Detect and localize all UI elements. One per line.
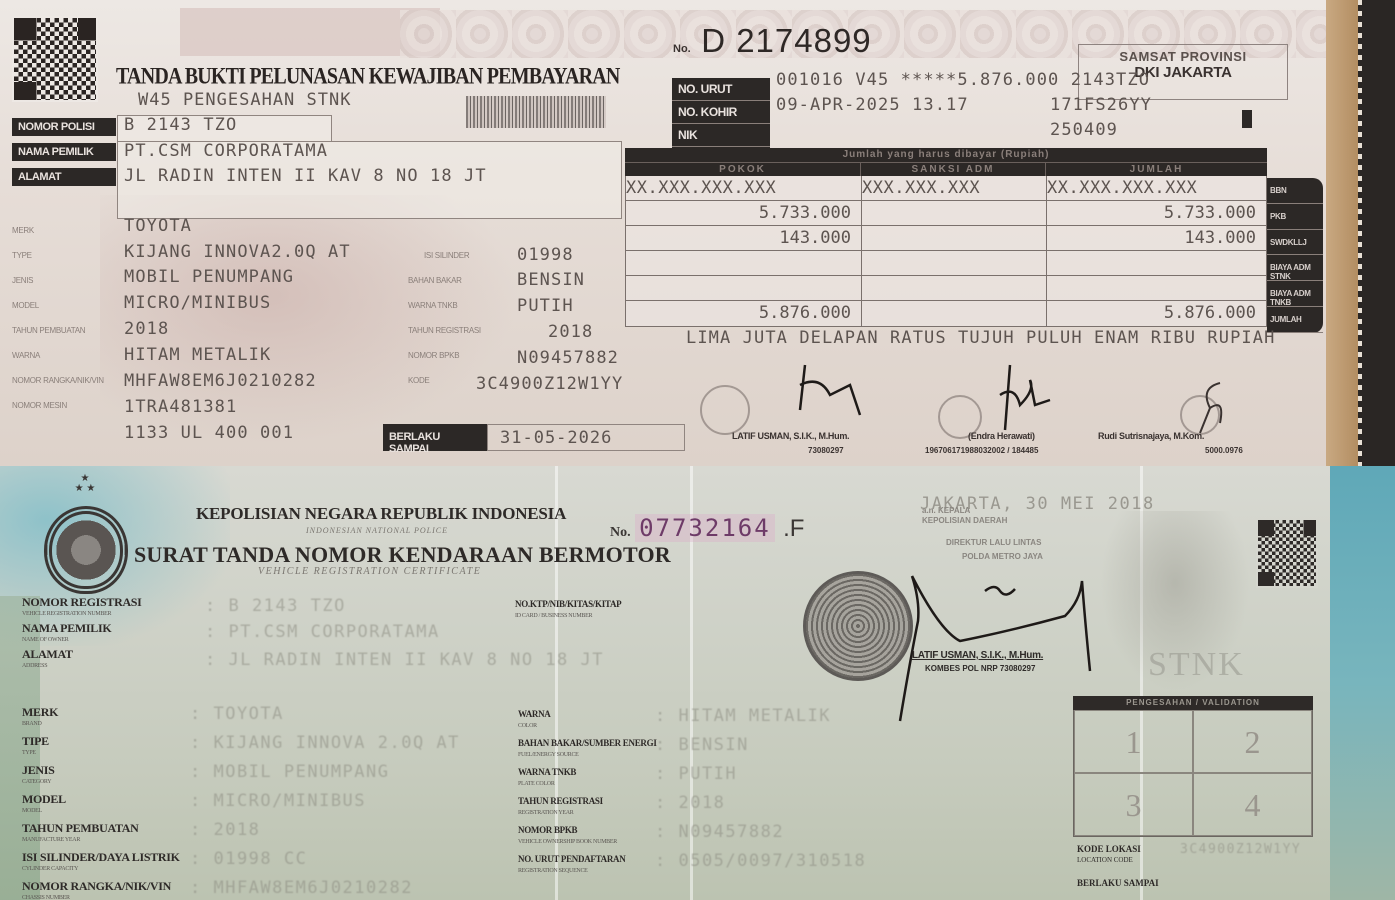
stnk-header1: KEPOLISIAN NEGARA REPUBLIK INDONESIA [196,504,566,524]
doc-no-value: D 2174899 [701,22,871,59]
no-kohir-value: 09-APR-2025 13.17 [776,95,969,115]
berlaku-value: 31-05-2026 [487,424,685,451]
payment-cell-pokok: 143.000 [626,226,861,250]
label-nomor-registrasi: NOMOR REGISTRASIVEHICLE REGISTRATION NUM… [22,596,142,620]
payment-cell-sanksi [861,276,1046,300]
alamat-value: JL RADIN INTEN II KAV 8 NO 18 JT [124,166,487,186]
nama-pemilik-value: : PT.CSM CORPORATAMA [205,622,440,642]
side-label: PKB [1267,204,1323,230]
isi-silinder-value: 01998 [517,245,574,265]
stnk-left-label: TIPETYPE [22,735,49,759]
issuer-line-4: POLDA METRO JAYA [962,552,1043,561]
payment-cell-pokok: 5.876.000 [626,301,861,326]
signature-icon [990,360,1060,435]
stnk-left-value: : TOYOTA [190,704,284,724]
stnk-no-label: No. [610,525,631,540]
amount-in-words: LIMA JUTA DELAPAN RATUS TUJUH PULUH ENAM… [686,326,1306,350]
payment-row [626,251,1266,276]
payment-cell-jumlah [1046,251,1266,275]
mask-jumlah: XX.XXX.XXX.XXX [1046,176,1266,200]
col-pokok: POKOK [625,163,860,176]
stnk-right-value: : N09457882 [655,822,784,842]
stnk-header2: SURAT TANDA NOMOR KENDARAAN BERMOTOR [134,542,671,568]
payment-cell-sanksi [861,301,1046,326]
issuer-line-2: KEPOLISIAN DAERAH [922,516,1007,525]
stnk-watermark: STNK [1148,646,1245,684]
label-bpkb: NOMOR BPKB [408,351,459,360]
bpkb-value: N09457882 [517,348,619,368]
rangka-value: MHFAW8EM6J0210282 [124,371,317,391]
star-icon: ★★ ★ [70,474,100,494]
payment-cell-pokok [626,276,861,300]
mask-sanksi: XXX.XXX.XXX [861,176,1046,200]
label-berlaku-sampai: BERLAKU SAMPAI [1077,878,1159,888]
stnk-left-value: : MICRO/MINIBUS [190,791,366,811]
stnk-header2-sub: VEHICLE REGISTRATION CERTIFICATE [258,566,481,577]
label-rangka: NOMOR RANGKA/NIK/VIN [12,376,104,385]
payment-cell-sanksi [861,251,1046,275]
samsat-line1: SAMSAT PROVINSI [1079,49,1287,64]
label-kode-lokasi: KODE LOKASILOCATION CODE [1077,844,1141,864]
signatory-2-id: 196706171988032002 / 184485 [925,446,1038,455]
payment-cell-sanksi [861,201,1046,225]
stnk-left-value: : 01998 CC [190,849,307,869]
stnk-left-label: ISI SILINDER/DAYA LISTRIKCYLINDER CAPACI… [22,851,180,875]
side-label: BIAYA ADM TNKB [1267,281,1323,307]
payment-row: 143.000143.000 [626,226,1266,251]
stnk-no-value: 07732164 [635,514,775,542]
stnk-right-value: : BENSIN [655,735,749,755]
label-jenis: JENIS [12,276,33,285]
label-mesin: NOMOR MESIN [12,401,67,410]
payment-row [626,276,1266,301]
bahan-bakar-value: BENSIN [517,270,585,290]
model-value: MICRO/MINIBUS [124,293,271,313]
label-bahan-bakar: BAHAN BAKAR [408,276,462,285]
alamat-value: : JL RADIN INTEN II KAV 8 NO 18 JT [205,650,604,670]
stnk-right-label: NOMOR BPKBVEHICLE OWNERSHIP BOOK NUMBER [518,824,617,848]
qr-code-icon [12,16,98,102]
payment-cell-jumlah: 5.876.000 [1046,301,1266,326]
doc-no-label: No. [673,43,691,55]
qr-code-icon [1256,518,1318,588]
payment-cell-pokok: 5.733.000 [626,201,861,225]
issuer-line-1: a.n. KEPALA [922,506,970,515]
signatory-1-id: 73080297 [808,446,844,455]
signatory-2-name: (Endra Herawati) [968,431,1035,441]
stnk-left-label: JENISCATEGORY [22,764,55,788]
payment-columns: POKOK SANKSI ADM JUMLAH [625,162,1267,176]
validation-header: PENGESAHAN / VALIDATION [1073,696,1313,710]
label-type: TYPE [12,251,32,260]
signature-icon [850,561,1100,731]
payment-header: Jumlah yang harus dibayar (Rupiah) [625,148,1267,162]
payment-rows: XX.XXX.XXX.XXX XXX.XXX.XXX XX.XXX.XXX.XX… [625,176,1267,327]
stnk-right-value: : 0505/0097/310518 [655,851,866,871]
label-no-urut: NO. URUT [672,78,770,101]
nama-pemilik-value: PT.CSM CORPORATAMA [124,141,328,161]
berlaku-label: BERLAKU SAMPAI [383,424,487,451]
side-label: BIAYA ADM STNK [1267,255,1323,281]
label-nomor-polisi: NOMOR POLISI [12,118,116,136]
validation-cell-1: 1 [1074,710,1193,773]
issuer-name: LATIF USMAN, S.I.K., M.Hum. [912,650,1043,661]
stnk-left-label: TAHUN PEMBUATANMANUFACTURE YEAR [22,822,139,846]
payment-cell-jumlah: 5.733.000 [1046,201,1266,225]
col-sanksi: SANKSI ADM [860,163,1045,176]
kode-lokasi-value: 3C4900Z12W1YY [1180,842,1301,857]
stnk-left-label: MODELMODEL [22,793,66,817]
payment-cell-sanksi [861,226,1046,250]
label-alamat: ALAMAT [12,168,116,186]
label-tahun-registrasi: TAHUN REGISTRASI [408,326,481,335]
tahun-registrasi-value: 2018 [548,322,593,342]
tahun-value: 2018 [124,319,169,339]
no-urut-value: 001016 V45 *****5.876.000 2143TZO [776,70,1150,90]
label-warna: WARNA [12,351,40,360]
issuer-line-3: DIREKTUR LALU LINTAS [946,538,1041,547]
paper-edge [1326,0,1362,466]
validation-grid: PENGESAHAN / VALIDATION 1 2 3 4 [1073,696,1313,838]
kode-value: 171FS26YY [1050,95,1152,115]
stnk-number: No. 07732164 .F [610,514,804,543]
label-alamat: ALAMATADDRESS [22,648,73,672]
nomor-registrasi-value: : B 2143 TZO [205,596,346,616]
label-tahun: TAHUN PEMBUATAN [12,326,85,335]
validation-cell-2: 2 [1193,710,1312,773]
document-title: TANDA BUKTI PELUNASAN KEWAJIBAN PEMBAYAR… [116,64,620,90]
stnk-right-label: WARNACOLOR [518,708,551,732]
stnk-no-suffix: .F [783,515,804,542]
label-model: MODEL [12,301,39,310]
document-subtitle: W45 PENGESAHAN STNK [138,90,351,110]
tbpkp-document: TANDA BUKTI PELUNASAN KEWAJIBAN PEMBAYAR… [0,0,1362,466]
stnk-right-label: WARNA TNKBPLATE COLOR [518,766,576,790]
validation-cells: 1 2 3 4 [1073,710,1313,837]
payment-cell-jumlah: 143.000 [1046,226,1266,250]
stnk-left-value: : 2018 [190,820,260,840]
side-label: BBN [1267,178,1323,204]
stamp-icon [700,385,750,435]
barcode-icon [466,96,606,128]
kohir-labels: NO. URUT NO. KOHIR NIK [672,78,770,148]
stnk-left-label: MERKBRAND [22,706,58,730]
stnk-header1-sub: INDONESIAN NATIONAL POLICE [306,526,448,535]
payment-side-labels: BBNPKBSWDKLLJBIAYA ADM STNKBIAYA ADM TNK… [1267,178,1323,333]
signatory-3-id: 5000.0976 [1205,446,1243,455]
mask-row: XX.XXX.XXX.XXX XXX.XXX.XXX XX.XXX.XXX.XX… [626,176,1266,201]
label-no-kohir: NO. KOHIR [672,101,770,124]
col-jumlah: JUMLAH [1045,163,1267,176]
signatory-3-name: Rudi Sutrisnajaya, M.Kom. [1098,431,1204,441]
warna-tnkb-value: PUTIH [517,296,574,316]
type-value: KIJANG INNOVA2.0Q AT [124,242,351,262]
stnk-left-value: : KIJANG INNOVA 2.0Q AT [190,733,460,753]
jenis-value: MOBIL PENUMPANG [124,267,294,287]
label-nama-pemilik: NAMA PEMILIKNAME OF OWNER [22,622,111,646]
merk-value: TOYOTA [124,216,192,236]
payment-row: 5.733.0005.733.000 [626,201,1266,226]
tanggal-value: 250409 [1050,120,1118,140]
stnk-left-label: NOMOR RANGKA/NIK/VINCHASSIS NUMBER [22,880,171,900]
police-crest-icon [44,506,128,594]
stnk-right-value: : PUTIH [655,764,737,784]
nomor-polisi-value: B 2143 TZO [124,115,237,135]
stnk-right-label: NO. URUT PENDAFTARANREGISTRATION SEQUENC… [518,853,625,877]
label-kode: KODE [408,376,429,385]
stnk-left-value: : MHFAW8EM6J0210282 [190,878,413,898]
label-nik: NO.KTP/NIB/KITAS/KITAPID CARD / BUSINESS… [515,598,621,622]
label-nik: NIK [672,124,770,147]
marker-icon [1242,110,1252,128]
document-number: No. D 2174899 [673,22,872,60]
security-tint [1330,466,1395,900]
signature-icon [790,355,880,435]
kode-lokasi-value: 3C4900Z12W1YY [476,374,623,394]
payment-cell-pokok [626,251,861,275]
payment-cell-jumlah [1046,276,1266,300]
stnk-right-value: : 2018 [655,793,725,813]
label-warna-tnkb: WARNA TNKB [408,301,457,310]
stnk-right-value: : HITAM METALIK [655,706,831,726]
extra-code-value: 1133 UL 400 001 [124,423,294,443]
signature-icon [1190,378,1240,438]
payment-table: Jumlah yang harus dibayar (Rupiah) POKOK… [625,148,1267,333]
label-merk: MERK [12,226,34,235]
label-nama-pemilik: NAMA PEMILIK [12,143,116,161]
signatory-1-name: LATIF USMAN, S.I.K., M.Hum. [732,431,849,441]
mask-pokok: XX.XXX.XXX.XXX [626,176,861,200]
side-label: SWDKLLJ [1267,230,1323,256]
stnk-right-label: TAHUN REGISTRASIREGISTRATION YEAR [518,795,603,819]
stnk-document: ★★ ★ KEPOLISIAN NEGARA REPUBLIK INDONESI… [0,466,1395,900]
label-isi-silinder: ISI SILINDER [424,251,469,260]
mesin-value: 1TRA481381 [124,397,237,417]
payment-row: 5.876.0005.876.000 [626,301,1266,326]
stnk-left-value: : MOBIL PENUMPANG [190,762,390,782]
validation-cell-4: 4 [1193,773,1312,836]
validation-cell-3: 3 [1074,773,1193,836]
issuer-id: KOMBES POL NRP 73080297 [925,664,1035,673]
stnk-right-label: BAHAN BAKAR/SUMBER ENERGIFUEL/ENERGY SOU… [518,737,657,761]
warna-value: HITAM METALIK [124,345,271,365]
